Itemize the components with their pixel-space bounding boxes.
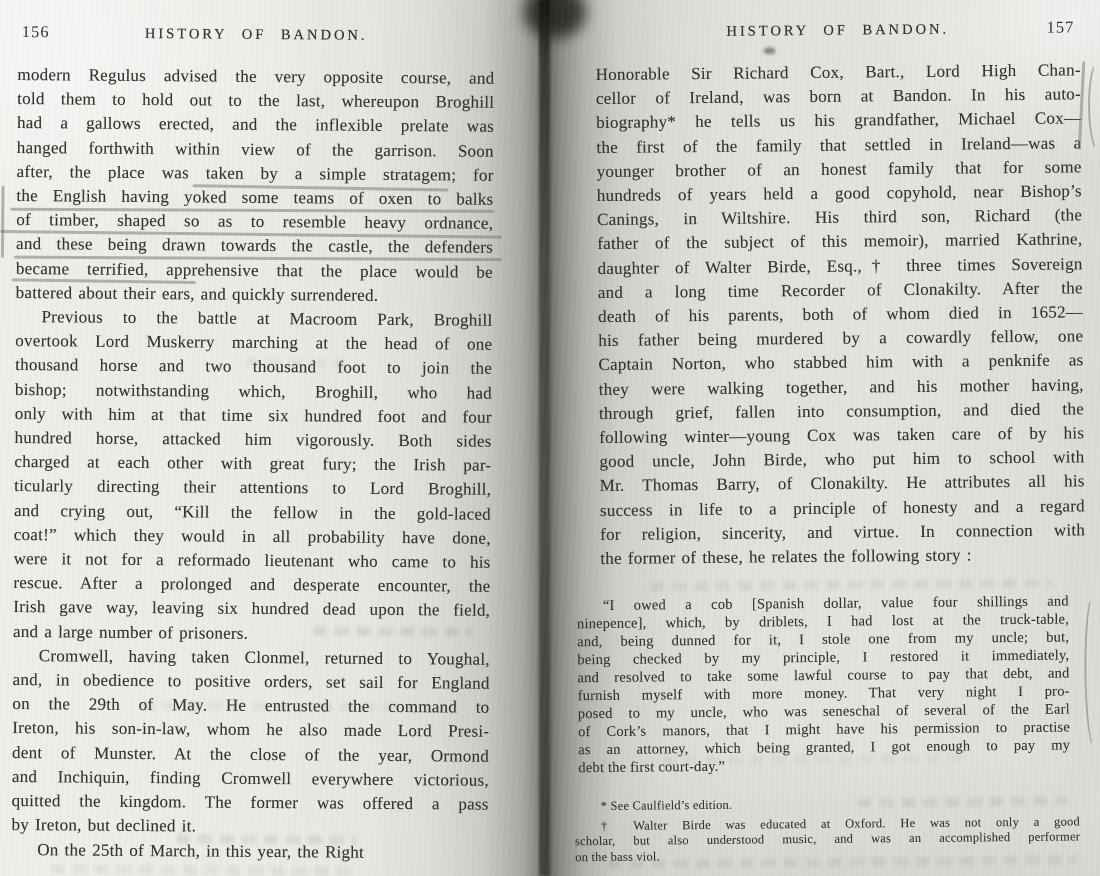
- text-line: after, the place was taken by a simple s…: [17, 160, 494, 188]
- text-line: hundred horse, attacked him vigorously. …: [14, 426, 491, 454]
- block-quote: “I owed a cob [Spanish dollar, value fou…: [577, 592, 1071, 777]
- text-line: coat!” which they would in all probabili…: [14, 523, 491, 551]
- text-line: and Inchiquin, finding Cromwell everywhe…: [12, 765, 489, 793]
- bleed-through-smudge: [51, 864, 351, 875]
- text-line: ticularly directing their attentions to …: [14, 474, 491, 502]
- text-line: told them to hold out to the last, where…: [17, 87, 494, 115]
- running-title-right: HISTORY OF BANDON.: [595, 20, 1080, 42]
- text-line: for religion, sincerity, and virtue. In …: [600, 518, 1085, 547]
- left-page-content: 156 HISTORY OF BANDON. modern Regulus ad…: [11, 0, 495, 876]
- text-line: overtook Lord Muskerry marching at the h…: [15, 329, 492, 357]
- page-gutter: [539, 0, 550, 876]
- paragraph: Previous to the battle at Macroom Park, …: [13, 305, 493, 648]
- text-line: Ireton, his son-in-law, whom he also mad…: [12, 716, 489, 744]
- text-line: Irish gave way, leaving six hundred dead…: [13, 595, 490, 623]
- book-scan: 156 HISTORY OF BANDON. modern Regulus ad…: [0, 0, 1100, 876]
- text-line: had a gallows erected, and the inflexibl…: [17, 111, 494, 139]
- bleed-through-smudge: [651, 579, 1051, 592]
- text-line: dent of Munster. At the close of the yea…: [12, 741, 489, 769]
- ink-smudge: [763, 47, 775, 54]
- text-line: battered about their ears, and quickly s…: [16, 281, 493, 309]
- text-line: were it not for a reformado lieutenant w…: [14, 547, 491, 575]
- bleed-through-smudge: [245, 358, 345, 368]
- running-title-left: HISTORY OF BANDON.: [18, 25, 495, 46]
- text-line: modern Regulus advised the very opposite…: [17, 63, 494, 91]
- pencil-paren-mark: [1084, 595, 1100, 749]
- right-body-text: Honorable Sir Richard Cox, Bart., Lord H…: [596, 58, 1086, 571]
- text-line: rescue. After a prolonged and desperate …: [13, 571, 490, 599]
- bleed-through-smudge: [176, 834, 356, 844]
- paragraph: Honorable Sir Richard Cox, Bart., Lord H…: [596, 58, 1086, 571]
- right-page-content: HISTORY OF BANDON. 157 Honorable Sir Ric…: [595, 0, 1088, 876]
- text-line: quitted the kingdom. The former was offe…: [12, 789, 489, 817]
- text-line: the former of these, he relates the foll…: [600, 542, 1085, 571]
- paragraph: “I owed a cob [Spanish dollar, value fou…: [577, 592, 1071, 777]
- text-line: Cromwell, having taken Clonmel, returned…: [13, 644, 490, 672]
- left-body-text: modern Regulus advised the very opposite…: [11, 63, 494, 865]
- page-number-right: 157: [1046, 17, 1074, 37]
- bleed-through-smudge: [313, 626, 473, 636]
- text-line: only with him at that time six hundred f…: [15, 402, 492, 430]
- paragraph: Cromwell, having taken Clonmel, returned…: [11, 644, 490, 841]
- text-line: Previous to the battle at Macroom Park, …: [15, 305, 492, 333]
- text-line: charged at each other with great fury; t…: [14, 450, 491, 478]
- text-line: and crying out, “Kill the fellow in the …: [14, 499, 491, 527]
- text-line: and, in obedience to positive orders, se…: [13, 668, 490, 696]
- text-line: bishop; notwithstanding which, Broghill,…: [15, 378, 492, 406]
- text-line: hanged forthwith within view of the garr…: [17, 136, 494, 164]
